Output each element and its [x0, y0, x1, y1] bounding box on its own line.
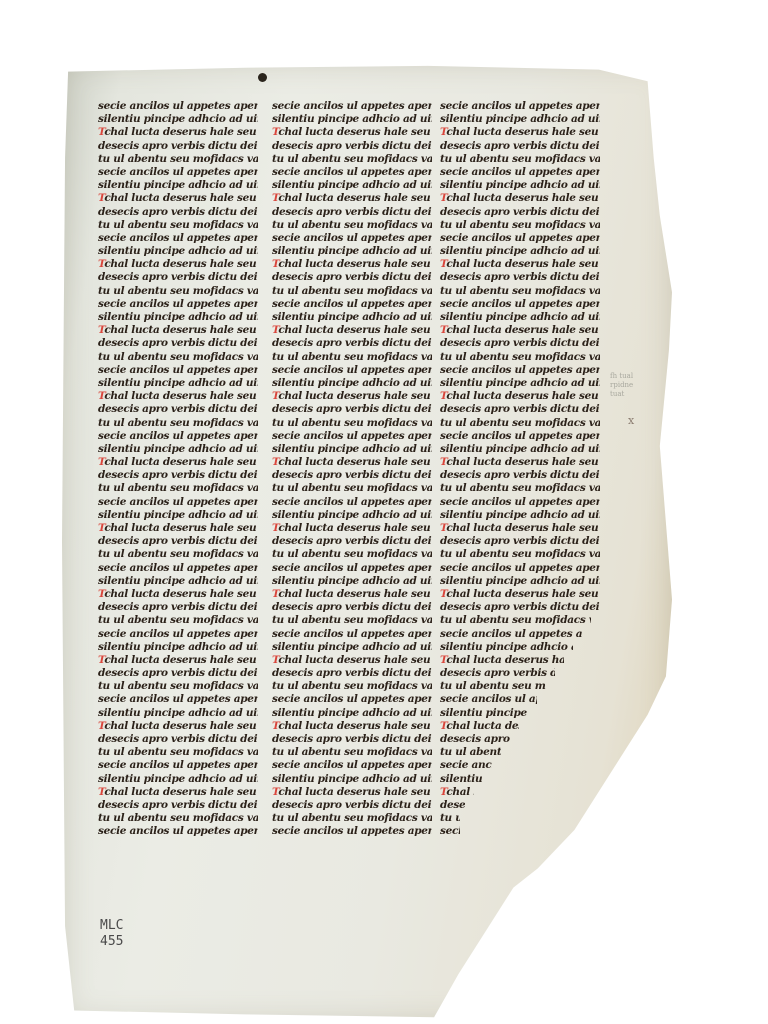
- script-line: silentiu pincipe adhcio ad uinida: [272, 509, 432, 522]
- shelfmark-line-1: MLC: [100, 918, 123, 934]
- script-line: desecis apro verbis dictu dei: [272, 469, 432, 482]
- script-line: Tchal lucta deserus hale seu bon: [98, 588, 258, 601]
- text-column-1: secie ancilos ul appetes apentis silenti…: [98, 100, 258, 839]
- script-line: desecis apro verbis dictu dei: [98, 601, 258, 614]
- script-line: Tchal lucta deserus hale seu bon: [98, 324, 258, 337]
- script-line: silentiu pincipe adhcio ad uinida: [440, 773, 483, 786]
- script-line: desecis apro verbis dictu dei: [440, 403, 600, 416]
- script-line: secie ancilos ul appetes apentis: [98, 298, 258, 311]
- script-line: secie ancilos ul appetes apentis: [440, 298, 600, 311]
- script-line: Tchal lucta deserus hale seu bon: [98, 258, 258, 271]
- script-line: desecis apro verbis dictu dei: [272, 337, 432, 350]
- script-line: tu ul abentu seu mofidacs vade: [98, 417, 258, 430]
- script-line: desecis apro verbis dictu dei: [98, 733, 258, 746]
- script-line: secie ancilos ul appetes apentis: [98, 232, 258, 245]
- script-line: desecis apro verbis dictu dei: [440, 271, 600, 284]
- script-line: Tchal lucta deserus hale seu bon: [440, 654, 564, 667]
- script-line: tu ul abentu seu mofidacs vade: [272, 153, 432, 166]
- script-line: silentiu pincipe adhcio ad uinida: [272, 179, 432, 192]
- script-line: Tchal lucta deserus hale seu bon: [98, 522, 258, 535]
- script-line: tu ul abentu seu mofidacs vade: [440, 746, 501, 759]
- shelfmark-line-2: 455: [100, 934, 123, 950]
- script-line: silentiu pincipe adhcio ad uinida: [98, 509, 258, 522]
- script-line: Tchal lucta deserus hale seu bon: [440, 258, 600, 271]
- script-line: Tchal lucta deserus hale seu bon: [272, 720, 432, 733]
- script-line: desecis apro verbis dictu dei: [272, 733, 432, 746]
- script-line: desecis apro verbis dictu dei: [272, 403, 432, 416]
- faded-margin-note: fh tualrpidnetuat: [610, 372, 633, 399]
- script-line: silentiu pincipe adhcio ad uinida: [440, 179, 600, 192]
- script-line: tu ul abentu seu mofidacs vade: [440, 812, 460, 825]
- script-line: silentiu pincipe adhcio ad uinida: [272, 641, 432, 654]
- script-line: desecis apro verbis dictu dei: [98, 271, 258, 284]
- script-line: desecis apro verbis dictu dei: [272, 206, 432, 219]
- script-line: tu ul abentu seu mofidacs vade: [440, 680, 546, 693]
- script-line: desecis apro verbis dictu dei: [98, 403, 258, 416]
- script-line: tu ul abentu seu mofidacs vade: [98, 482, 258, 495]
- text-column-3: secie ancilos ul appetes apentis silenti…: [440, 100, 600, 839]
- script-line: desecis apro verbis dictu dei: [440, 667, 555, 680]
- script-line: silentiu pincipe adhcio ad uinida: [272, 575, 432, 588]
- script-line: desecis apro verbis dictu dei: [272, 140, 432, 153]
- script-line: tu ul abentu seu mofidacs vade: [98, 285, 258, 298]
- script-line: secie ancilos ul appetes apentis: [272, 166, 432, 179]
- script-line: Tchal lucta deserus hale seu bon: [272, 390, 432, 403]
- script-line: tu ul abentu seu mofidacs vade: [272, 482, 432, 495]
- script-line: desecis apro verbis dictu dei: [440, 337, 600, 350]
- script-line: secie ancilos ul appetes apentis: [440, 628, 582, 641]
- script-line: secie ancilos ul appetes apentis: [440, 166, 600, 179]
- script-line: secie ancilos ul appetes apentis: [440, 693, 537, 706]
- script-line: tu ul abentu seu mofidacs vade: [98, 219, 258, 232]
- script-line: silentiu pincipe adhcio ad uinida: [440, 575, 600, 588]
- script-line: tu ul abentu seu mofidacs vade: [440, 417, 600, 430]
- script-line: tu ul abentu seu mofidacs vade: [98, 548, 258, 561]
- script-line: silentiu pincipe adhcio ad uinida: [98, 179, 258, 192]
- script-line: secie ancilos ul appetes apentis: [272, 100, 432, 113]
- script-line: Tchal lucta deserus hale seu bon: [272, 588, 432, 601]
- script-line: Tchal lucta deserus hale seu bon: [440, 588, 600, 601]
- script-line: Tchal lucta deserus hale seu bon: [98, 390, 258, 403]
- script-line: secie ancilos ul appetes apentis: [272, 298, 432, 311]
- script-line: Tchal lucta deserus hale seu bon: [98, 192, 258, 205]
- script-line: silentiu pincipe adhcio ad uinida: [98, 575, 258, 588]
- script-line: secie ancilos ul appetes apentis: [98, 430, 258, 443]
- margin-mark: x: [628, 414, 634, 427]
- script-line: secie ancilos ul appetes apentis: [440, 496, 600, 509]
- script-line: desecis apro verbis dictu dei: [272, 271, 432, 284]
- script-line: secie ancilos ul appetes apentis: [272, 430, 432, 443]
- script-line: tu ul abentu seu mofidacs vade: [440, 482, 600, 495]
- script-line: tu ul abentu seu mofidacs vade: [272, 285, 432, 298]
- script-line: secie ancilos ul appetes apentis: [440, 562, 600, 575]
- script-line: secie ancilos ul appetes apentis: [98, 693, 258, 706]
- script-line: secie ancilos ul appetes apentis: [272, 693, 432, 706]
- script-line: desecis apro verbis dictu dei: [272, 535, 432, 548]
- script-line: Tchal lucta deserus hale seu bon: [98, 456, 258, 469]
- script-line: desecis apro verbis dictu dei: [440, 535, 600, 548]
- script-line: Tchal lucta deserus hale seu bon: [272, 522, 432, 535]
- script-line: Tchal lucta deserus hale seu bon: [440, 456, 600, 469]
- script-line: tu ul abentu seu mofidacs vade: [272, 614, 432, 627]
- script-line: silentiu pincipe adhcio ad uinida: [440, 311, 600, 324]
- script-line: desecis apro verbis dictu dei: [98, 799, 258, 812]
- script-line: tu ul abentu seu mofidacs vade: [272, 812, 432, 825]
- script-line: secie ancilos ul appetes apentis: [98, 825, 258, 838]
- script-line: silentiu pincipe adhcio ad uinida: [98, 773, 258, 786]
- script-line: tu ul abentu seu mofidacs vade: [98, 680, 258, 693]
- script-line: desecis apro verbis dictu dei: [272, 799, 432, 812]
- script-line: secie ancilos ul appetes apentis: [440, 232, 600, 245]
- script-line: silentiu pincipe adhcio ad uinida: [98, 113, 258, 126]
- script-line: secie ancilos ul appetes apentis: [98, 496, 258, 509]
- script-line: desecis apro verbis dictu dei: [440, 601, 600, 614]
- script-line: tu ul abentu seu mofidacs vade: [272, 746, 432, 759]
- script-line: silentiu pincipe adhcio ad uinida: [440, 245, 600, 258]
- script-line: desecis apro verbis dictu dei: [98, 535, 258, 548]
- script-line: desecis apro verbis dictu dei: [98, 667, 258, 680]
- script-line: secie ancilos ul appetes apentis: [98, 166, 258, 179]
- script-line: Tchal lucta deserus hale seu bon: [98, 126, 258, 139]
- wormhole: [258, 73, 267, 82]
- script-line: silentiu pincipe adhcio ad uinida: [98, 245, 258, 258]
- script-line: tu ul abentu seu mofidacs vade: [272, 351, 432, 364]
- script-line: desecis apro verbis dictu dei: [98, 337, 258, 350]
- script-line: Tchal lucta deserus hale seu bon: [272, 456, 432, 469]
- script-line: tu ul abentu seu mofidacs vade: [98, 351, 258, 364]
- script-line: secie ancilos ul appetes apentis: [272, 759, 432, 772]
- script-line: silentiu pincipe adhcio ad uinida: [440, 443, 600, 456]
- script-line: Tchal lucta deserus hale seu bon: [440, 786, 474, 799]
- script-line: Tchal lucta deserus hale seu bon: [272, 654, 432, 667]
- script-line: secie ancilos ul appetes apentis: [272, 496, 432, 509]
- script-line: Tchal lucta deserus hale seu bon: [440, 192, 600, 205]
- script-line: desecis apro verbis dictu dei: [440, 799, 465, 812]
- script-line: tu ul abentu seu mofidacs vade: [440, 153, 600, 166]
- script-line: silentiu pincipe adhcio ad uinida: [98, 443, 258, 456]
- script-line: silentiu pincipe adhcio ad uinida: [272, 443, 432, 456]
- script-line: silentiu pincipe adhcio ad uinida: [272, 311, 432, 324]
- script-line: tu ul abentu seu mofidacs vade: [440, 614, 591, 627]
- script-line: Tchal lucta deserus hale seu bon: [440, 720, 519, 733]
- script-line: silentiu pincipe adhcio ad uinida: [440, 707, 528, 720]
- script-line: secie ancilos ul appetes apentis: [98, 364, 258, 377]
- script-line: secie ancilos ul appetes apentis: [440, 825, 460, 838]
- shelfmark: MLC 455: [100, 918, 123, 950]
- script-line: secie ancilos ul appetes apentis: [98, 759, 258, 772]
- script-line: Tchal lucta deserus hale seu bon: [440, 522, 600, 535]
- script-line: tu ul abentu seu mofidacs vade: [440, 351, 600, 364]
- script-line: silentiu pincipe adhcio ad uinida: [272, 245, 432, 258]
- script-line: Tchal lucta deserus hale seu bon: [272, 126, 432, 139]
- script-line: silentiu pincipe adhcio ad uinida: [98, 311, 258, 324]
- script-line: secie ancilos ul appetes apentis: [440, 364, 600, 377]
- script-line: silentiu pincipe adhcio ad uinida: [440, 509, 600, 522]
- script-line: silentiu pincipe adhcio ad uinida: [440, 377, 600, 390]
- script-line: desecis apro verbis dictu dei: [440, 733, 510, 746]
- script-line: silentiu pincipe adhcio ad uinida: [98, 377, 258, 390]
- script-line: desecis apro verbis dictu dei: [440, 140, 600, 153]
- script-line: secie ancilos ul appetes apentis: [272, 364, 432, 377]
- script-line: Tchal lucta deserus hale seu bon: [272, 192, 432, 205]
- script-line: tu ul abentu seu mofidacs vade: [98, 746, 258, 759]
- script-line: secie ancilos ul appetes apentis: [98, 100, 258, 113]
- script-line: tu ul abentu seu mofidacs vade: [272, 680, 432, 693]
- script-line: Tchal lucta deserus hale seu bon: [98, 720, 258, 733]
- script-line: silentiu pincipe adhcio ad uinida: [272, 707, 432, 720]
- script-line: tu ul abentu seu mofidacs vade: [272, 548, 432, 561]
- script-line: secie ancilos ul appetes apentis: [272, 232, 432, 245]
- script-line: secie ancilos ul appetes apentis: [272, 825, 432, 838]
- script-line: Tchal lucta deserus hale seu bon: [440, 126, 600, 139]
- script-line: silentiu pincipe adhcio ad uinida: [98, 707, 258, 720]
- script-line: silentiu pincipe adhcio ad uinida: [440, 641, 573, 654]
- script-line: secie ancilos ul appetes apentis: [272, 628, 432, 641]
- script-line: secie ancilos ul appetes apentis: [98, 628, 258, 641]
- script-line: silentiu pincipe adhcio ad uinida: [272, 113, 432, 126]
- script-line: tu ul abentu seu mofidacs vade: [440, 285, 600, 298]
- script-line: tu ul abentu seu mofidacs vade: [272, 417, 432, 430]
- script-line: silentiu pincipe adhcio ad uinida: [272, 377, 432, 390]
- script-line: secie ancilos ul appetes apentis: [272, 562, 432, 575]
- script-line: Tchal lucta deserus hale seu bon: [272, 324, 432, 337]
- script-line: desecis apro verbis dictu dei: [272, 667, 432, 680]
- script-line: tu ul abentu seu mofidacs vade: [440, 219, 600, 232]
- script-line: desecis apro verbis dictu dei: [98, 206, 258, 219]
- script-line: desecis apro verbis dictu dei: [440, 206, 600, 219]
- script-line: secie ancilos ul appetes apentis: [440, 430, 600, 443]
- script-line: desecis apro verbis dictu dei: [440, 469, 600, 482]
- script-line: secie ancilos ul appetes apentis: [440, 100, 600, 113]
- script-line: silentiu pincipe adhcio ad uinida: [98, 641, 258, 654]
- script-line: Tchal lucta deserus hale seu bon: [440, 324, 600, 337]
- script-line: secie ancilos ul appetes apentis: [98, 562, 258, 575]
- script-line: tu ul abentu seu mofidacs vade: [98, 153, 258, 166]
- script-line: tu ul abentu seu mofidacs vade: [98, 812, 258, 825]
- script-line: tu ul abentu seu mofidacs vade: [440, 548, 600, 561]
- script-line: Tchal lucta deserus hale seu bon: [98, 786, 258, 799]
- script-line: desecis apro verbis dictu dei: [272, 601, 432, 614]
- script-line: tu ul abentu seu mofidacs vade: [272, 219, 432, 232]
- script-line: tu ul abentu seu mofidacs vade: [98, 614, 258, 627]
- script-line: secie ancilos ul appetes apentis: [440, 759, 492, 772]
- script-line: Tchal lucta deserus hale seu bon: [440, 390, 600, 403]
- script-line: silentiu pincipe adhcio ad uinida: [272, 773, 432, 786]
- script-line: desecis apro verbis dictu dei: [98, 469, 258, 482]
- script-line: Tchal lucta deserus hale seu bon: [98, 654, 258, 667]
- script-line: silentiu pincipe adhcio ad uinida: [440, 113, 600, 126]
- text-column-2: secie ancilos ul appetes apentis silenti…: [272, 100, 432, 839]
- script-line: desecis apro verbis dictu dei: [98, 140, 258, 153]
- script-line: Tchal lucta deserus hale seu bon: [272, 258, 432, 271]
- script-line: Tchal lucta deserus hale seu bon: [272, 786, 432, 799]
